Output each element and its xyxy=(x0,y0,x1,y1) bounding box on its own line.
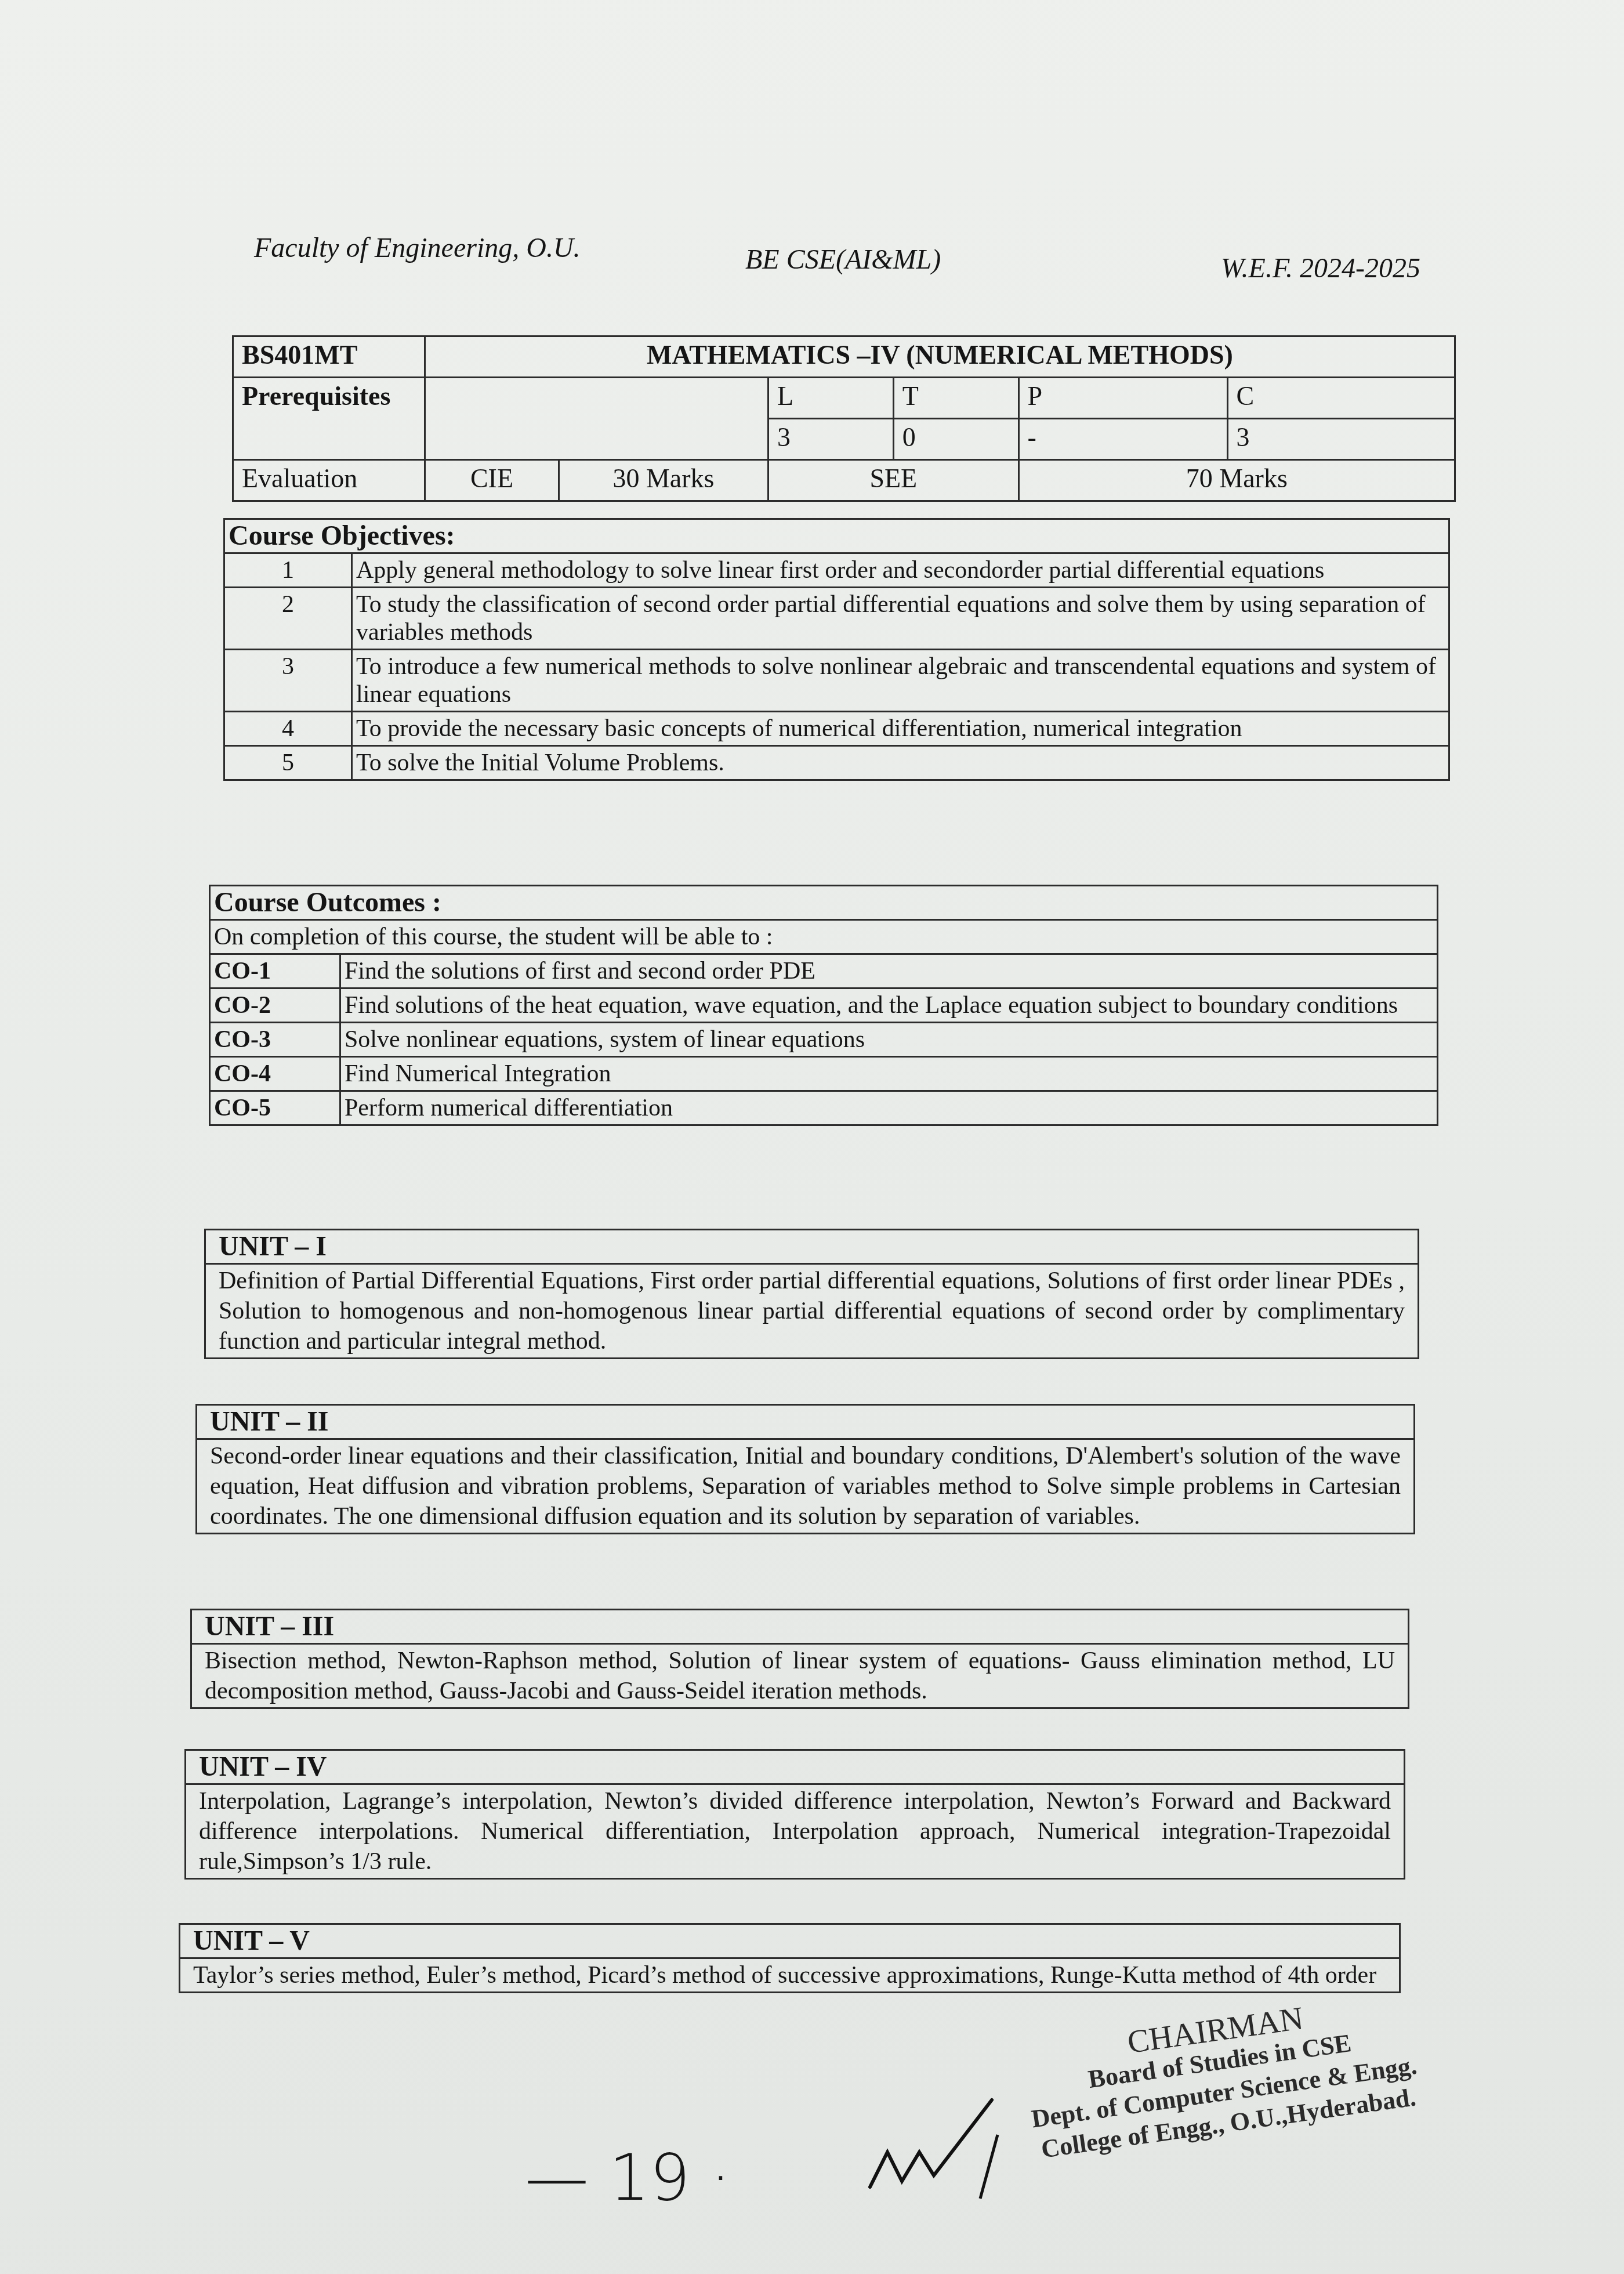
outcome-text: Perform numerical differentiation xyxy=(340,1091,1438,1125)
evaluation-label: Evaluation xyxy=(233,460,425,501)
ltpc-label-c: C xyxy=(1227,378,1455,419)
outcomes-intro: On completion of this course, the studen… xyxy=(210,920,1438,954)
cie-label: CIE xyxy=(425,460,559,501)
ltpc-label-p: P xyxy=(1018,378,1227,419)
unit-4-box: UNIT – IV Interpolation, Lagrange’s inte… xyxy=(184,1749,1405,1880)
unit-1-box: UNIT – I Definition of Partial Different… xyxy=(204,1229,1419,1359)
unit-content: Bisection method, Newton-Raphson method,… xyxy=(191,1644,1409,1708)
objective-text: Apply general methodology to solve linea… xyxy=(352,553,1449,588)
unit-3-box: UNIT – III Bisection method, Newton-Raph… xyxy=(190,1609,1409,1709)
faculty-header: Faculty of Engineering, O.U. xyxy=(254,232,581,264)
unit-title: UNIT – III xyxy=(191,1610,1409,1644)
objective-number: 1 xyxy=(224,553,352,588)
outcomes-heading: Course Outcomes : xyxy=(210,886,1438,920)
objective-row: 4 To provide the necessary basic concept… xyxy=(224,712,1449,746)
outcome-code: CO-5 xyxy=(210,1091,340,1125)
outcome-text: Solve nonlinear equations, system of lin… xyxy=(340,1023,1438,1057)
program-header: BE CSE(AI&ML) xyxy=(745,244,941,276)
objective-number: 2 xyxy=(224,588,352,650)
unit-5-box: UNIT – V Taylor’s series method, Euler’s… xyxy=(179,1923,1401,1993)
objective-text: To introduce a few numerical methods to … xyxy=(352,650,1449,712)
objective-number: 3 xyxy=(224,650,352,712)
outcome-code: CO-1 xyxy=(210,954,340,988)
outcome-row: CO-4 Find Numerical Integration xyxy=(210,1057,1438,1091)
outcome-code: CO-4 xyxy=(210,1057,340,1091)
unit-2-box: UNIT – II Second-order linear equations … xyxy=(195,1404,1415,1534)
ltpc-value-l: 3 xyxy=(768,419,894,460)
objective-text: To study the classification of second or… xyxy=(352,588,1449,650)
course-info-table: BS401MT MATHEMATICS –IV (NUMERICAL METHO… xyxy=(232,335,1456,502)
objective-row: 2 To study the classification of second … xyxy=(224,588,1449,650)
objectives-heading: Course Objectives: xyxy=(224,519,1449,553)
outcome-text: Find the solutions of first and second o… xyxy=(340,954,1438,988)
course-code: BS401MT xyxy=(233,336,425,378)
unit-content: Second-order linear equations and their … xyxy=(197,1439,1415,1534)
ltpc-value-c: 3 xyxy=(1227,419,1455,460)
ltpc-label-l: L xyxy=(768,378,894,419)
outcome-row: CO-2 Find solutions of the heat equation… xyxy=(210,988,1438,1023)
ltpc-label-t: T xyxy=(893,378,1018,419)
objective-text: To provide the necessary basic concepts … xyxy=(352,712,1449,746)
see-marks: 70 Marks xyxy=(1018,460,1455,501)
unit-title: UNIT – I xyxy=(205,1230,1419,1264)
outcome-row: CO-1 Find the solutions of first and sec… xyxy=(210,954,1438,988)
cie-marks: 30 Marks xyxy=(559,460,768,501)
unit-title: UNIT – II xyxy=(197,1405,1415,1439)
outcome-row: CO-5 Perform numerical differentiation xyxy=(210,1091,1438,1125)
unit-content: Definition of Partial Differential Equat… xyxy=(205,1264,1419,1359)
chairman-stamp: CHAIRMAN Board of Studies in CSE Dept. o… xyxy=(1021,1988,1423,2166)
objective-number: 5 xyxy=(224,746,352,780)
course-title: MATHEMATICS –IV (NUMERICAL METHODS) xyxy=(425,336,1455,378)
course-outcomes-table: Course Outcomes : On completion of this … xyxy=(209,885,1438,1126)
objective-row: 3 To introduce a few numerical methods t… xyxy=(224,650,1449,712)
wef-header: W.E.F. 2024-2025 xyxy=(1221,252,1420,284)
ltpc-value-t: 0 xyxy=(893,419,1018,460)
see-label: SEE xyxy=(768,460,1019,501)
ltpc-value-p: - xyxy=(1018,419,1227,460)
prerequisites-label: Prerequisites xyxy=(233,378,425,460)
unit-title: UNIT – V xyxy=(180,1924,1400,1958)
outcome-text: Find solutions of the heat equation, wav… xyxy=(340,988,1438,1023)
objective-row: 5 To solve the Initial Volume Problems. xyxy=(224,746,1449,780)
unit-title: UNIT – IV xyxy=(186,1750,1405,1784)
outcome-code: CO-2 xyxy=(210,988,340,1023)
outcome-code: CO-3 xyxy=(210,1023,340,1057)
unit-content: Interpolation, Lagrange’s interpolation,… xyxy=(186,1784,1405,1879)
handwritten-page-number: — 19 · xyxy=(525,2141,731,2215)
outcome-text: Find Numerical Integration xyxy=(340,1057,1438,1091)
course-objectives-table: Course Objectives: 1 Apply general metho… xyxy=(223,518,1450,781)
syllabus-page: Faculty of Engineering, O.U. BE CSE(AI&M… xyxy=(0,0,1624,2274)
unit-content: Taylor’s series method, Euler’s method, … xyxy=(180,1958,1400,1993)
prerequisites-value xyxy=(425,378,768,460)
objective-row: 1 Apply general methodology to solve lin… xyxy=(224,553,1449,588)
objective-text: To solve the Initial Volume Problems. xyxy=(352,746,1449,780)
outcome-row: CO-3 Solve nonlinear equations, system o… xyxy=(210,1023,1438,1057)
objective-number: 4 xyxy=(224,712,352,746)
